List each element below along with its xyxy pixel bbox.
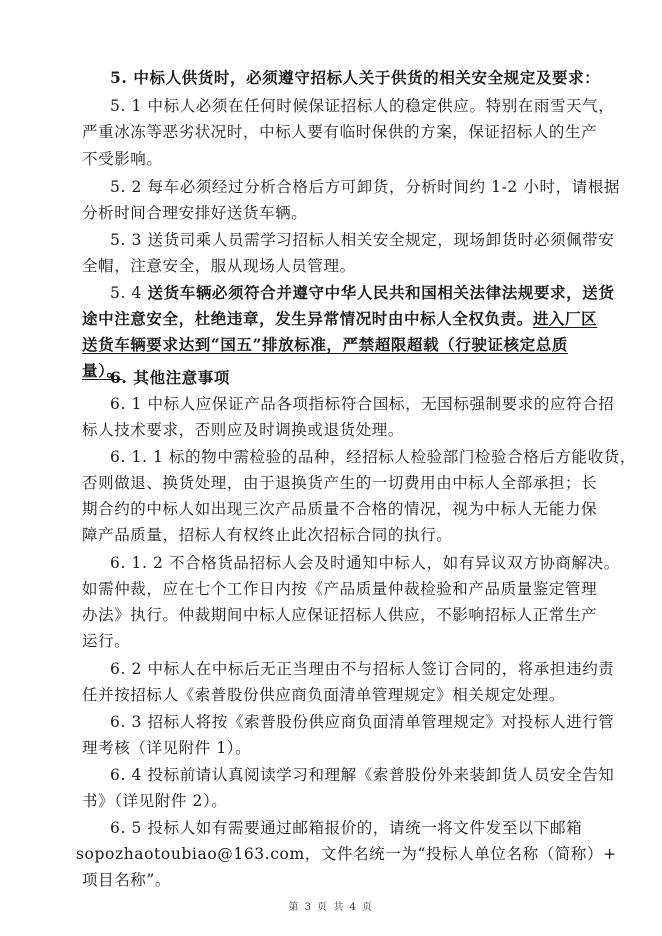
paragraph-6-3: 理考核（详见附件 1）。 — [82, 738, 251, 758]
paragraph-5-2: 5. 2 每车必须经过分析合格后方可卸货，分析时间约 1-2 小时，请根据 — [110, 177, 620, 197]
paragraph-6-1-2: 办法》执行。仲裁期间中标人应保证招标人供应，不影响招标人正常生产 — [82, 605, 597, 625]
paragraph-6-2: 任并按招标人《索普股份供应商负面清单管理规定》相关规定处理。 — [82, 685, 565, 705]
paragraph-5-4-text: 送货车辆必须符合并遵守中华人民共和国相关法律法规要求，送货 — [148, 283, 615, 302]
paragraph-5-1: 不受影响。 — [82, 149, 163, 169]
paragraph-5-3: 全帽，注意安全，服从现场人员管理。 — [82, 256, 356, 276]
paragraph-6-1: 标人技术要求，否则应及时调换或退货处理。 — [82, 420, 404, 440]
page-number-footer: 第 3 页 共 4 页 — [0, 898, 662, 913]
paragraph-5-4-underlined: 送货车辆要求达到“国五”排放标准，严禁超限超载（行驶证核定总质 — [82, 335, 568, 355]
paragraph-6-1-1: 期合约的中标人如出现三次产品质量不合格的情况，视为中标人无能力保 — [82, 499, 597, 519]
paragraph-6-1-2: 6. 1. 2 不合格货品招标人会及时通知中标人，如有异议双方协商解决。 — [110, 553, 620, 573]
paragraph-6-1: 6. 1 中标人应保证产品各项指标符合国标，无国标强制要求的应符合招 — [110, 394, 614, 414]
paragraph-6-1-1: 障产品质量，招标人有权终止此次招标合同的执行。 — [82, 525, 452, 545]
paragraph-5-1: 5. 1 中标人必须在任何时候保证招标人的稳定供应。特别在雨雪天气， — [110, 96, 614, 116]
paragraph-5-1: 严重冰冻等恶劣状况时，中标人要有临时保供的方案，保证招标人的生产 — [82, 122, 597, 142]
paragraph-5-4-number: 5. 4 — [110, 284, 148, 302]
paragraph-6-5-email-line: sopozhaotoubiao@163.com，文件名统一为“投标人单位名称（简… — [76, 844, 617, 864]
paragraph-5-3: 5. 3 送货司乘人员需学习招标人相关安全规定，现场卸货时必须佩带安 — [110, 230, 614, 250]
paragraph-5-4-text: 途中注意安全，杜绝违章，发生异常情况时由中标人全权负责。 — [82, 309, 533, 328]
heading-section-5: 5. 中标人供货时，必须遵守招标人关于供货的相关安全规定及要求： — [110, 68, 600, 88]
paragraph-6-5: 项目名称”。 — [82, 870, 171, 890]
paragraph-6-1-1: 6. 1. 1 标的物中需检验的品种，经招标人检验部门检验合格后方能收货， — [110, 447, 636, 467]
paragraph-6-1-1: 否则做退、换货处理，由于退换货产生的一切费用由中标人全部承担；长 — [82, 473, 597, 493]
heading-section-6: 6. 其他注意事项 — [110, 368, 230, 388]
paragraph-5-4-underlined: 进入厂区 — [533, 309, 597, 328]
paragraph-6-2: 6. 2 中标人在中标后无正当理由不与招标人签订合同的，将承担违约责 — [110, 659, 614, 679]
paragraph-6-4: 6. 4 投标前请认真阅读学习和理解《索普股份外来装卸货人员安全告知 — [110, 765, 614, 785]
paragraph-6-1-2: 运行。 — [82, 631, 130, 651]
paragraph-6-5: 6. 5 投标人如有需要通过邮箱报价的，请统一将文件发至以下邮箱 — [110, 818, 582, 838]
paragraph-6-1-2: 如需仲裁，应在七个工作日内按《产品质量仲裁检验和产品质量鉴定管理 — [82, 579, 597, 599]
paragraph-5-4: 5. 4 送货车辆必须符合并遵守中华人民共和国相关法律法规要求，送货 — [110, 283, 614, 303]
document-page: 5. 中标人供货时，必须遵守招标人关于供货的相关安全规定及要求： 5. 1 中标… — [0, 0, 662, 936]
paragraph-5-2: 分析时间合理安排好送货车辆。 — [82, 203, 307, 223]
paragraph-6-3: 6. 3 招标人将按《索普股份供应商负面清单管理规定》对投标人进行管 — [110, 712, 614, 732]
paragraph-5-4: 途中注意安全，杜绝违章，发生异常情况时由中标人全权负责。进入厂区 — [82, 309, 597, 329]
paragraph-6-4: 书》（详见附件 2）。 — [82, 791, 227, 811]
